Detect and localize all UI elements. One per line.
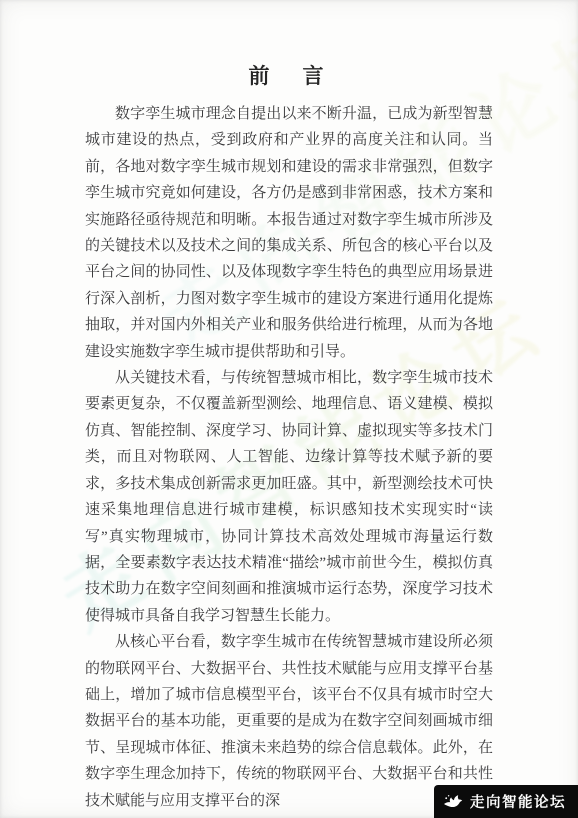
paragraph-2: 从关键技术看，与传统智慧城市相比，数字孪生城市技术要素更复杂，不仅覆盖新型测绘、…: [85, 365, 493, 629]
paragraph-1: 数字孪生城市理念自提出以来不断升温，已成为新型智慧城市建设的热点，受到政府和产业…: [85, 101, 493, 365]
brand-badge-label: 走向智能论坛: [470, 791, 566, 812]
dove-logo-icon: [443, 793, 463, 811]
brand-watermark-badge: 走向智能论坛: [434, 785, 578, 818]
paragraph-3: 从核心平台看，数字孪生城市在传统智慧城市建设所必须的物联网平台、大数据平台、共性…: [85, 629, 493, 814]
document-page: 走向智能论坛 走向智能论坛 前 言 数字孪生城市理念自提出以来不断升温，已成为新…: [0, 0, 578, 818]
document-body: 数字孪生城市理念自提出以来不断升温，已成为新型智慧城市建设的热点，受到政府和产业…: [85, 101, 493, 814]
page-title: 前 言: [0, 0, 578, 88]
